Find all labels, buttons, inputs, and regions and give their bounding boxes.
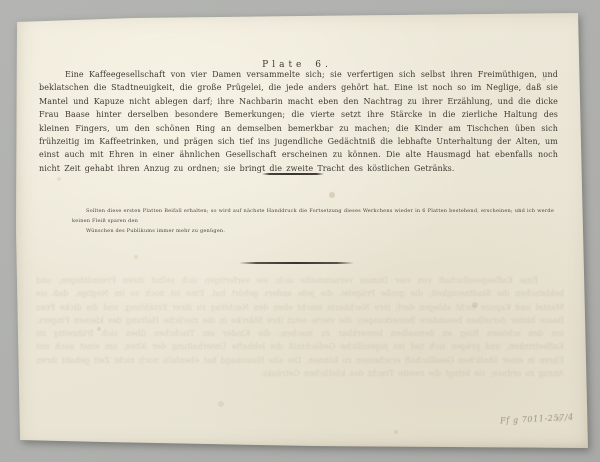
publisher-note-line2: Wünschen des Publikums immer mehr zu gen…	[72, 226, 554, 236]
swelled-rule-divider-top	[262, 173, 324, 175]
publisher-note: Sollten diese ersten Platten Beifall erh…	[72, 206, 554, 236]
scanned-document-view: Plate 6. Eine Kaffeegesellschaft von vie…	[0, 0, 600, 462]
paper-shadow-wrap: Plate 6. Eine Kaffeegesellschaft von vie…	[0, 0, 600, 462]
pencil-inventory-mark: Ff g 7011-257/4	[500, 412, 595, 426]
body-paragraph: Eine Kaffeegesellschaft von vier Damen v…	[39, 68, 558, 175]
foxing-spots	[14, 10, 18, 14]
paper-sheet: Plate 6. Eine Kaffeegesellschaft von vie…	[14, 10, 591, 452]
publisher-note-line1: Sollten diese ersten Platten Beifall erh…	[72, 206, 554, 226]
verso-show-through-text: Eine Kaffeegesellschaft von vier Damen v…	[36, 274, 564, 380]
swelled-rule-divider-bottom	[239, 262, 354, 264]
